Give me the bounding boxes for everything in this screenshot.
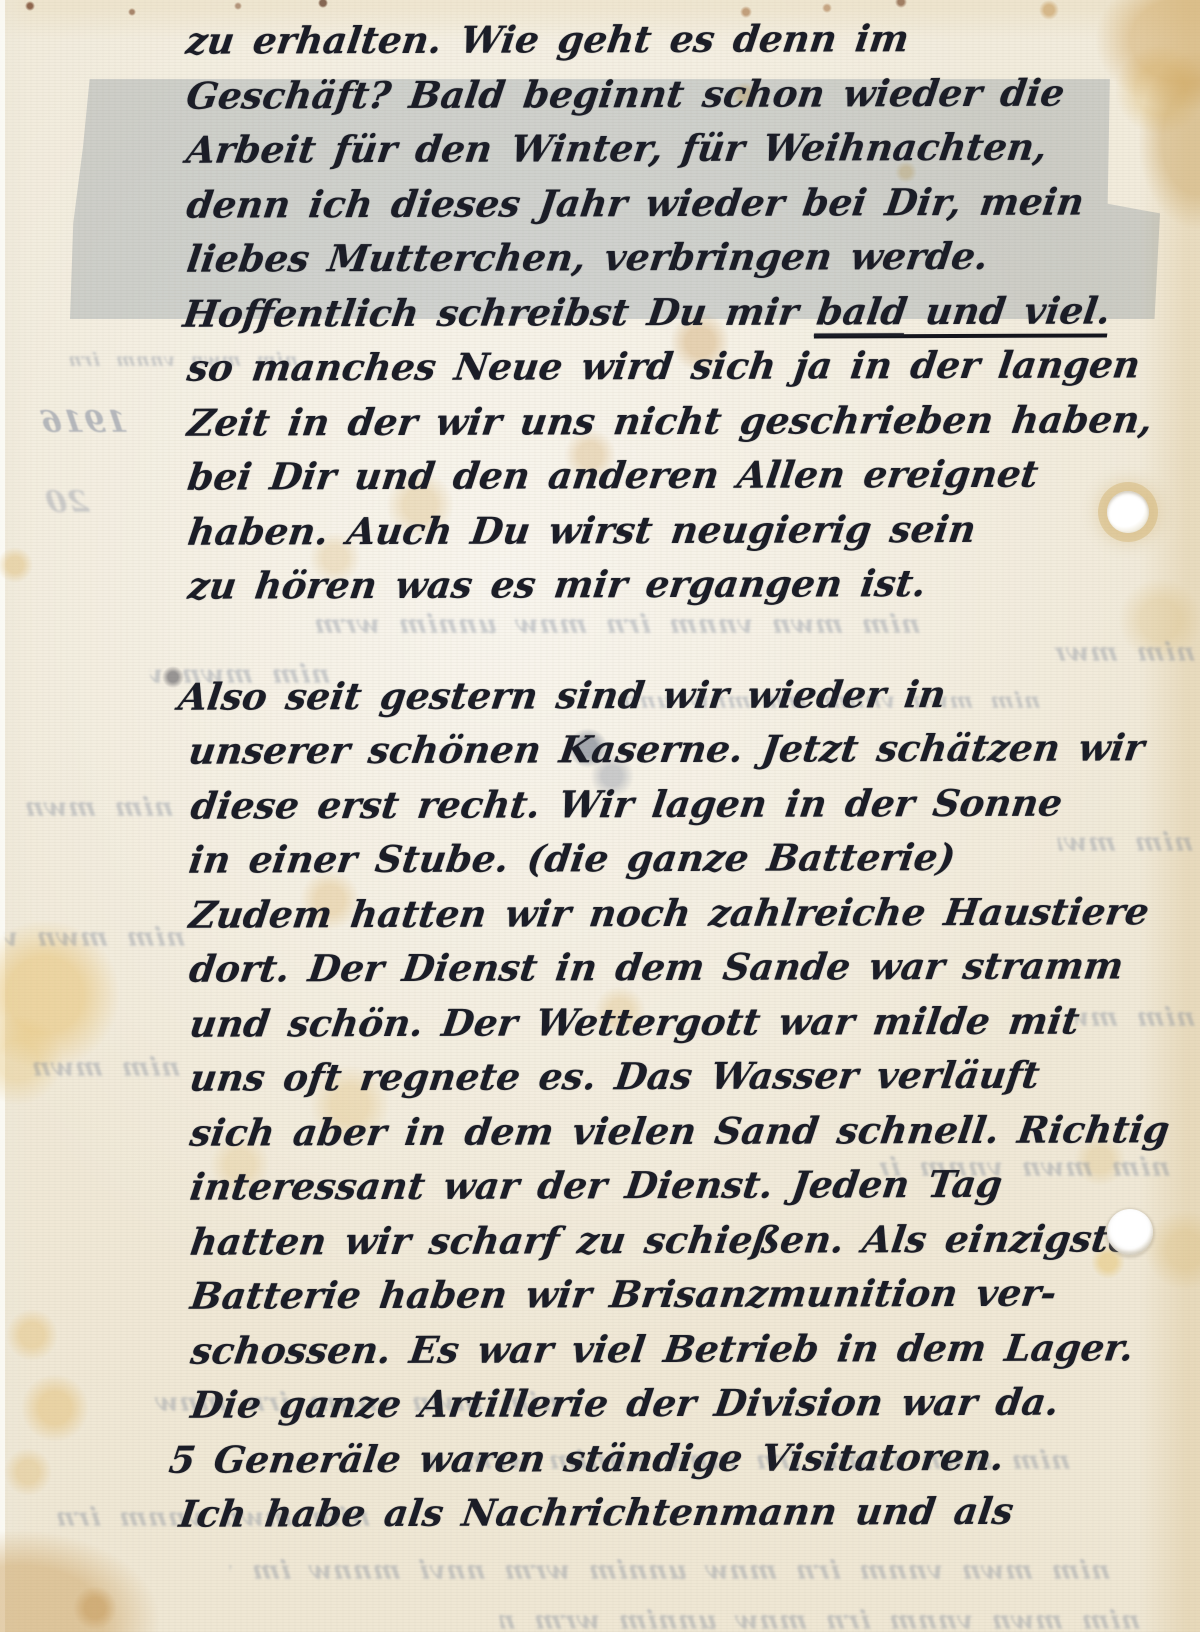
ink-bleed-through: nim mwn vnnm irn mnw unnim wrm nnvi mnnw…	[3, 925, 187, 951]
handwriting-line: Geschäft? Bald beginnt schon wieder die	[183, 67, 1169, 125]
handwriting-line: Hoffentlich schreibst Du mir bald und vi…	[179, 285, 1169, 343]
handwriting-line: dort. Der Dienst in dem Sande war stramm	[186, 940, 1172, 998]
ink-bleed-through: nim mwn vnnm irn mnw unnim wrm nnvi mnnw…	[228, 1558, 1112, 1584]
handwriting-line: unserer schönen Kaserne. Jetzt schätzen …	[185, 722, 1171, 780]
handwriting-line: Ich habe als Nachrichtenmann und als	[176, 1485, 1174, 1543]
handwritten-text-block: zu erhalten. Wie geht es denn imGeschäft…	[182, 12, 1166, 1543]
handwriting-line: so manches Neue wird sich ja in der lang…	[184, 339, 1170, 397]
handwriting-line: Also seit gestern sind wir wieder in	[175, 668, 1171, 726]
handwriting-line: denn ich dieses Jahr wieder bei Dir, mei…	[183, 176, 1169, 234]
handwriting-line: hatten wir scharf zu schießen. Als einzi…	[187, 1213, 1173, 1271]
handwriting-line: zu erhalten. Wie geht es denn im	[183, 12, 1169, 70]
handwriting-line: 5 Generäle waren ständige Visitatoren.	[165, 1431, 1173, 1489]
handwriting-line: und schön. Der Wettergott war milde mit	[186, 995, 1172, 1053]
double-underlined-word: bald	[814, 289, 910, 333]
handwriting-line: Batterie haben wir Brisanzmunition ver-	[187, 1267, 1173, 1325]
handwriting-line: zu hören was es mir ergangen ist.	[184, 557, 1170, 615]
letter-page: nim mwn vnnm irn mnw unnim wrm nnvi mnnw…	[0, 0, 1200, 1632]
handwriting-line: sich aber in dem vielen Sand schnell. Ri…	[186, 1104, 1172, 1162]
line-text: Hoffentlich schreibst Du mir	[181, 289, 821, 335]
bleed-through-number: 20	[43, 488, 91, 518]
underlined-phrase: bald und viel.	[813, 288, 1113, 338]
bleed-through-year: 1916	[38, 408, 130, 438]
handwriting-line: diese erst recht. Wir lagen in der Sonne	[187, 777, 1171, 835]
handwriting-line: Arbeit für den Winter, für Weihnachten,	[183, 121, 1169, 179]
handwriting-line: Die ganze Artillerie der Division war da…	[187, 1376, 1173, 1434]
ink-bleed-through: nim mwn vnnm irn mnw unnim wrm nnvi mnnw…	[6, 795, 175, 821]
handwriting-line: Zudem hatten wir noch zahlreiche Haustie…	[186, 886, 1172, 944]
handwriting-line: in einer Stube. (die ganze Batterie)	[185, 831, 1171, 889]
handwriting-line: Zeit in der wir uns nicht geschrieben ha…	[184, 394, 1170, 452]
ink-bleed-through: nim mwn vnnm irn mnw unnim wrm nnvi mnnw…	[28, 1055, 182, 1081]
handwriting-line: haben. Auch Du wirst neugierig sein	[184, 503, 1170, 561]
handwriting-line: schossen. Es war viel Betrieb in dem Lag…	[187, 1322, 1173, 1380]
handwriting-line: bei Dir und den anderen Allen ereignet	[184, 448, 1170, 506]
handwriting-line: liebes Mutterchen, verbringen werde.	[183, 230, 1169, 288]
ink-bleed-through: nim mwn vnnm irn mnw unnim wrm nnvi mnnw…	[498, 1608, 1142, 1632]
handwriting-line: uns oft regnete es. Das Wasser verläuft	[186, 1049, 1172, 1107]
handwriting-line: interessant war der Dienst. Jeden Tag	[187, 1158, 1173, 1216]
